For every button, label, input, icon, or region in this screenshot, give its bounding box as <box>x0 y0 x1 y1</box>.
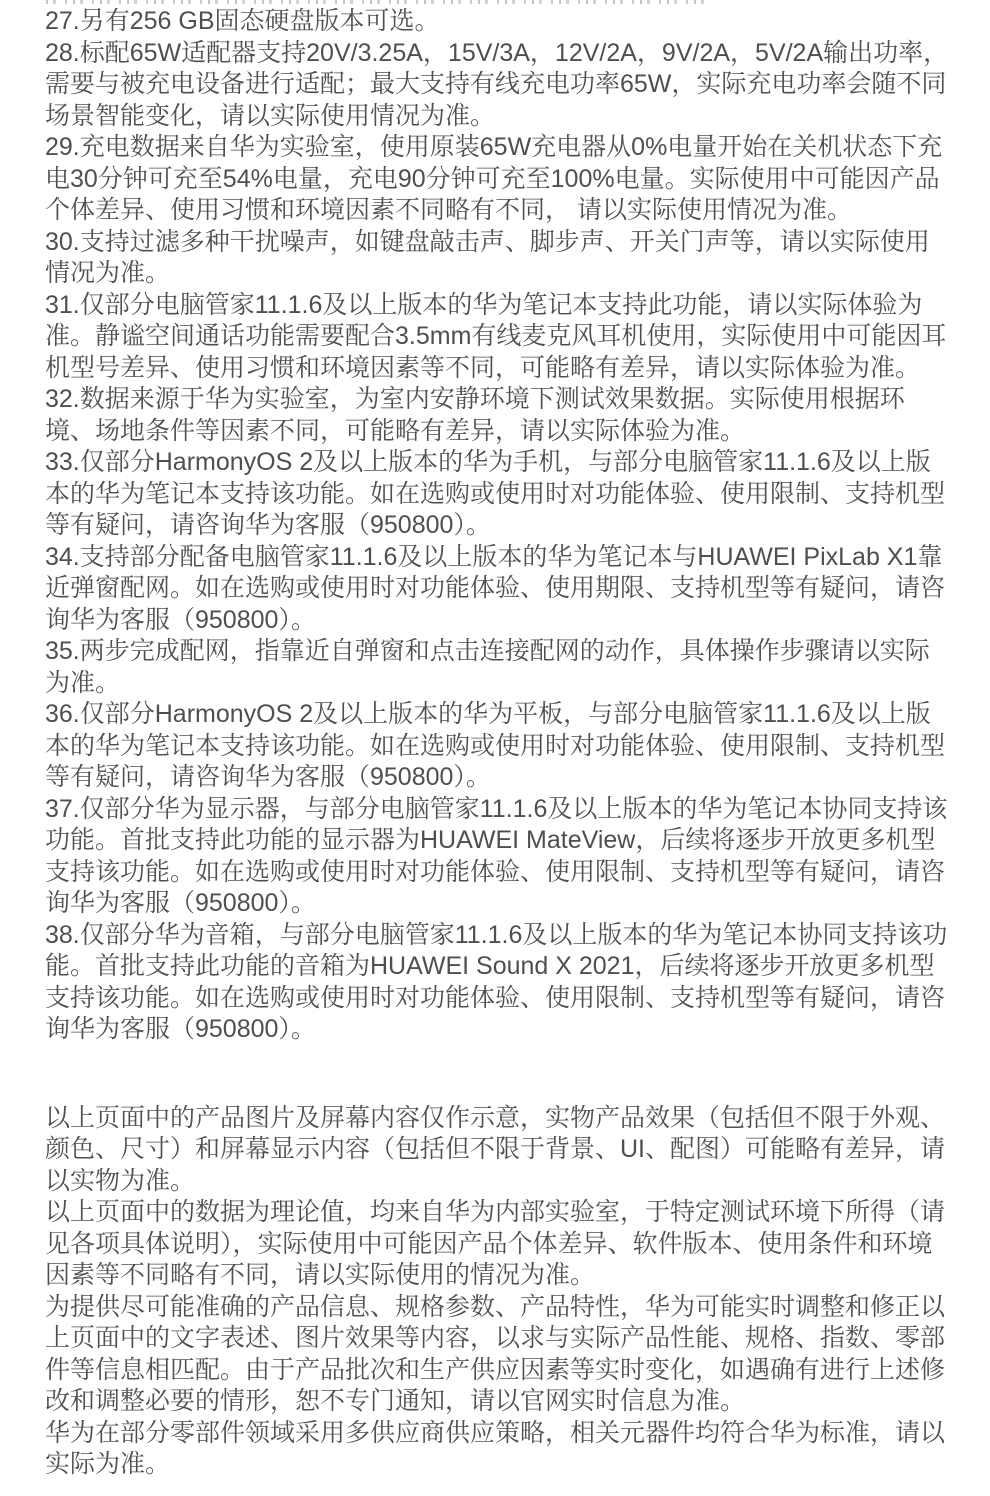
footnote-item: 30.支持过滤多种干扰噪声，如键盘敲击声、脚步声、开关门声等，请以实际使用情况为… <box>45 227 954 290</box>
page-content: 27.另有256 GB固态硬盘版本可选。28.标配65W适配器支持20V/3.2… <box>0 0 990 1481</box>
footnote-list: 27.另有256 GB固态硬盘版本可选。28.标配65W适配器支持20V/3.2… <box>45 6 954 1046</box>
disclaimer-paragraph: 为提供尽可能准确的产品信息、规格参数、产品特性，华为可能实时调整和修正以上页面中… <box>45 1292 954 1418</box>
footnote-item: 27.另有256 GB固态硬盘版本可选。 <box>45 6 954 38</box>
footnote-item: 29.充电数据来自华为实验室，使用原装65W充电器从0%电量开始在关机状态下充电… <box>45 132 954 227</box>
footnote-item: 28.标配65W适配器支持20V/3.25A，15V/3A，12V/2A，9V/… <box>45 38 954 133</box>
footnote-item: 34.支持部分配备电脑管家11.1.6及以上版本的华为笔记本与HUAWEI Pi… <box>45 542 954 637</box>
footnote-item: 32.数据来源于华为实验室，为室内安静环境下测试效果数据。实际使用根据环境、场地… <box>45 384 954 447</box>
footnote-item: 35.两步完成配网，指靠近自弹窗和点击连接配网的动作，具体操作步骤请以实际为准。 <box>45 636 954 699</box>
disclaimer-paragraphs: 以上页面中的产品图片及屏幕内容仅作示意，实物产品效果（包括但不限于外观、颜色、尺… <box>45 1103 954 1481</box>
clipped-text-remnant <box>46 0 706 4</box>
disclaimer-paragraph: 以上页面中的产品图片及屏幕内容仅作示意，实物产品效果（包括但不限于外观、颜色、尺… <box>45 1103 954 1198</box>
disclaimer-page: 27.另有256 GB固态硬盘版本可选。28.标配65W适配器支持20V/3.2… <box>0 0 990 1496</box>
disclaimer-paragraph: 以上页面中的数据为理论值，均来自华为内部实验室，于特定测试环境下所得（请见各项具… <box>45 1197 954 1292</box>
footnote-item: 36.仅部分HarmonyOS 2及以上版本的华为平板，与部分电脑管家11.1.… <box>45 699 954 794</box>
footnote-item: 37.仅部分华为显示器，与部分电脑管家11.1.6及以上版本的华为笔记本协同支持… <box>45 794 954 920</box>
footnote-item: 33.仅部分HarmonyOS 2及以上版本的华为手机，与部分电脑管家11.1.… <box>45 447 954 542</box>
footnote-item: 31.仅部分电脑管家11.1.6及以上版本的华为笔记本支持此功能，请以实际体验为… <box>45 290 954 385</box>
disclaimer-paragraph: 华为在部分零部件领域采用多供应商供应策略，相关元器件均符合华为标准，请以实际为准… <box>45 1418 954 1481</box>
footnote-item: 38.仅部分华为音箱，与部分电脑管家11.1.6及以上版本的华为笔记本协同支持该… <box>45 920 954 1046</box>
